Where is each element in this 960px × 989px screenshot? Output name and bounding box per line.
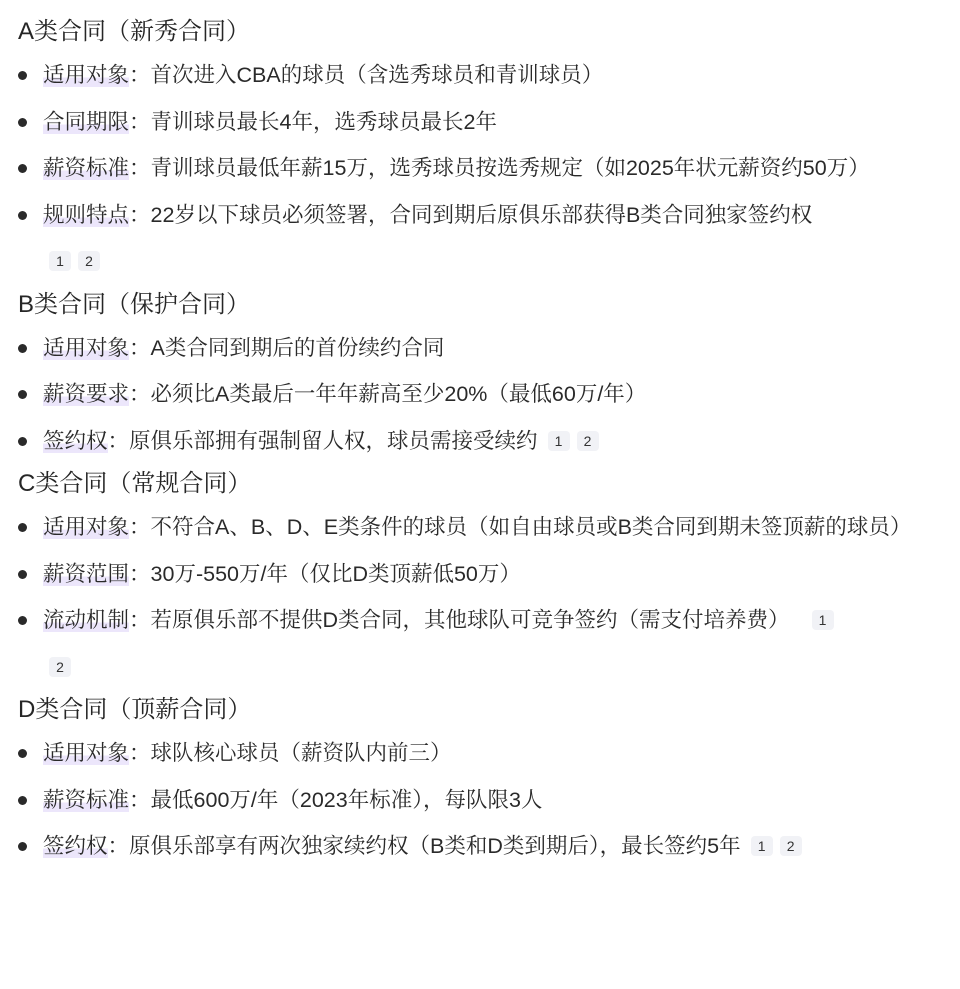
item-text: 首次进入CBA的球员（含选秀球员和青训球员）	[151, 63, 604, 87]
item-sep: ：	[129, 156, 151, 180]
citation-badge[interactable]: 1	[548, 431, 570, 451]
citation-badge[interactable]: 2	[780, 836, 802, 856]
item-sep: ：	[129, 63, 151, 87]
list-item: 适用对象：球队核心球员（薪资队内前三）	[18, 730, 960, 777]
item-sep: ：	[129, 336, 151, 360]
list-item: 薪资标准：青训球员最低年薪15万，选秀球员按选秀规定（如2025年状元薪资约50…	[18, 145, 960, 192]
item-text: 球队核心球员（薪资队内前三）	[151, 741, 452, 765]
item-text: 若原俱乐部不提供D类合同，其他球队可竞争签约（需支付培养费）	[151, 608, 790, 632]
list-item: 薪资范围：30万-550万/年（仅比D类顶薪低50万）	[18, 551, 960, 598]
bullet-icon	[18, 523, 27, 532]
list-item: 合同期限：青训球员最长4年，选秀球员最长2年	[18, 99, 960, 146]
item-sep: ：	[108, 429, 130, 453]
item-sep: ：	[129, 741, 151, 765]
item-label: 薪资标准	[43, 788, 129, 812]
citation-badge[interactable]: 2	[78, 251, 100, 271]
item-sep: ：	[129, 515, 151, 539]
item-label: 流动机制	[43, 608, 129, 632]
citation-badge[interactable]: 1	[812, 610, 834, 630]
section-title-c: C类合同（常规合同）	[18, 464, 960, 504]
item-text: A类合同到期后的首份续约合同	[151, 336, 445, 360]
item-label: 适用对象	[43, 741, 129, 765]
item-label: 适用对象	[43, 515, 129, 539]
document: A类合同（新秀合同） 适用对象：首次进入CBA的球员（含选秀球员和青训球员） 合…	[0, 0, 960, 870]
list-item: 规则特点：22岁以下球员必须签署，合同到期后原俱乐部获得B类合同独家签约权12	[18, 192, 960, 285]
list-item: 适用对象：首次进入CBA的球员（含选秀球员和青训球员）	[18, 52, 960, 99]
bullet-icon	[18, 71, 27, 80]
item-label: 合同期限	[43, 110, 129, 134]
item-sep: ：	[129, 110, 151, 134]
item-sep: ：	[129, 382, 151, 406]
bullet-icon	[18, 344, 27, 353]
bullet-icon	[18, 749, 27, 758]
list-item: 签约权：原俱乐部拥有强制留人权，球员需接受续约12	[18, 418, 960, 465]
bullet-icon	[18, 164, 27, 173]
list-item: 薪资要求：必须比A类最后一年年薪高至少20%（最低60万/年）	[18, 371, 960, 418]
item-sep: ：	[129, 203, 151, 227]
section-title-a: A类合同（新秀合同）	[18, 12, 960, 52]
list-item: 适用对象：A类合同到期后的首份续约合同	[18, 325, 960, 372]
bullet-icon	[18, 842, 27, 851]
item-sep: ：	[129, 562, 151, 586]
item-text: 原俱乐部享有两次独家续约权（B类和D类到期后），最长签约5年	[129, 834, 741, 858]
item-label: 薪资要求	[43, 382, 129, 406]
citation-badge[interactable]: 2	[49, 657, 71, 677]
list-item: 流动机制：若原俱乐部不提供D类合同，其他球队可竞争签约（需支付培养费）12	[18, 597, 960, 690]
item-sep: ：	[108, 834, 130, 858]
bullet-icon	[18, 616, 27, 625]
list-item: 适用对象：不符合A、B、D、E类条件的球员（如自由球员或B类合同到期未签顶薪的球…	[18, 504, 960, 551]
item-label: 适用对象	[43, 63, 129, 87]
item-sep: ：	[129, 608, 151, 632]
citation-badge[interactable]: 1	[751, 836, 773, 856]
item-label: 签约权	[43, 429, 108, 453]
item-text: 青训球员最低年薪15万，选秀球员按选秀规定（如2025年状元薪资约50万）	[151, 156, 870, 180]
section-a-list: 适用对象：首次进入CBA的球员（含选秀球员和青训球员） 合同期限：青训球员最长4…	[18, 52, 960, 285]
list-item: 签约权：原俱乐部享有两次独家续约权（B类和D类到期后），最长签约5年12	[18, 823, 960, 870]
bullet-icon	[18, 437, 27, 446]
item-label: 规则特点	[43, 203, 129, 227]
bullet-icon	[18, 390, 27, 399]
bullet-icon	[18, 796, 27, 805]
item-text: 不符合A、B、D、E类条件的球员（如自由球员或B类合同到期未签顶薪的球员）	[151, 515, 912, 539]
citation-badge[interactable]: 2	[577, 431, 599, 451]
item-label: 适用对象	[43, 336, 129, 360]
item-text: 必须比A类最后一年年薪高至少20%（最低60万/年）	[151, 382, 647, 406]
item-text: 22岁以下球员必须签署，合同到期后原俱乐部获得B类合同独家签约权	[151, 203, 813, 227]
citation-badge[interactable]: 1	[49, 251, 71, 271]
bullet-icon	[18, 570, 27, 579]
item-label: 签约权	[43, 834, 108, 858]
item-text: 30万-550万/年（仅比D类顶薪低50万）	[151, 562, 521, 586]
section-c-list: 适用对象：不符合A、B、D、E类条件的球员（如自由球员或B类合同到期未签顶薪的球…	[18, 504, 960, 690]
section-title-d: D类合同（顶薪合同）	[18, 690, 960, 730]
item-text: 青训球员最长4年，选秀球员最长2年	[151, 110, 497, 134]
item-text: 原俱乐部拥有强制留人权，球员需接受续约	[129, 429, 538, 453]
item-label: 薪资标准	[43, 156, 129, 180]
section-b-list: 适用对象：A类合同到期后的首份续约合同 薪资要求：必须比A类最后一年年薪高至少2…	[18, 325, 960, 465]
item-label: 薪资范围	[43, 562, 129, 586]
section-title-b: B类合同（保护合同）	[18, 285, 960, 325]
bullet-icon	[18, 118, 27, 127]
section-d-list: 适用对象：球队核心球员（薪资队内前三） 薪资标准：最低600万/年（2023年标…	[18, 730, 960, 870]
item-sep: ：	[129, 788, 151, 812]
bullet-icon	[18, 211, 27, 220]
item-text: 最低600万/年（2023年标准），每队限3人	[151, 788, 543, 812]
list-item: 薪资标准：最低600万/年（2023年标准），每队限3人	[18, 777, 960, 824]
